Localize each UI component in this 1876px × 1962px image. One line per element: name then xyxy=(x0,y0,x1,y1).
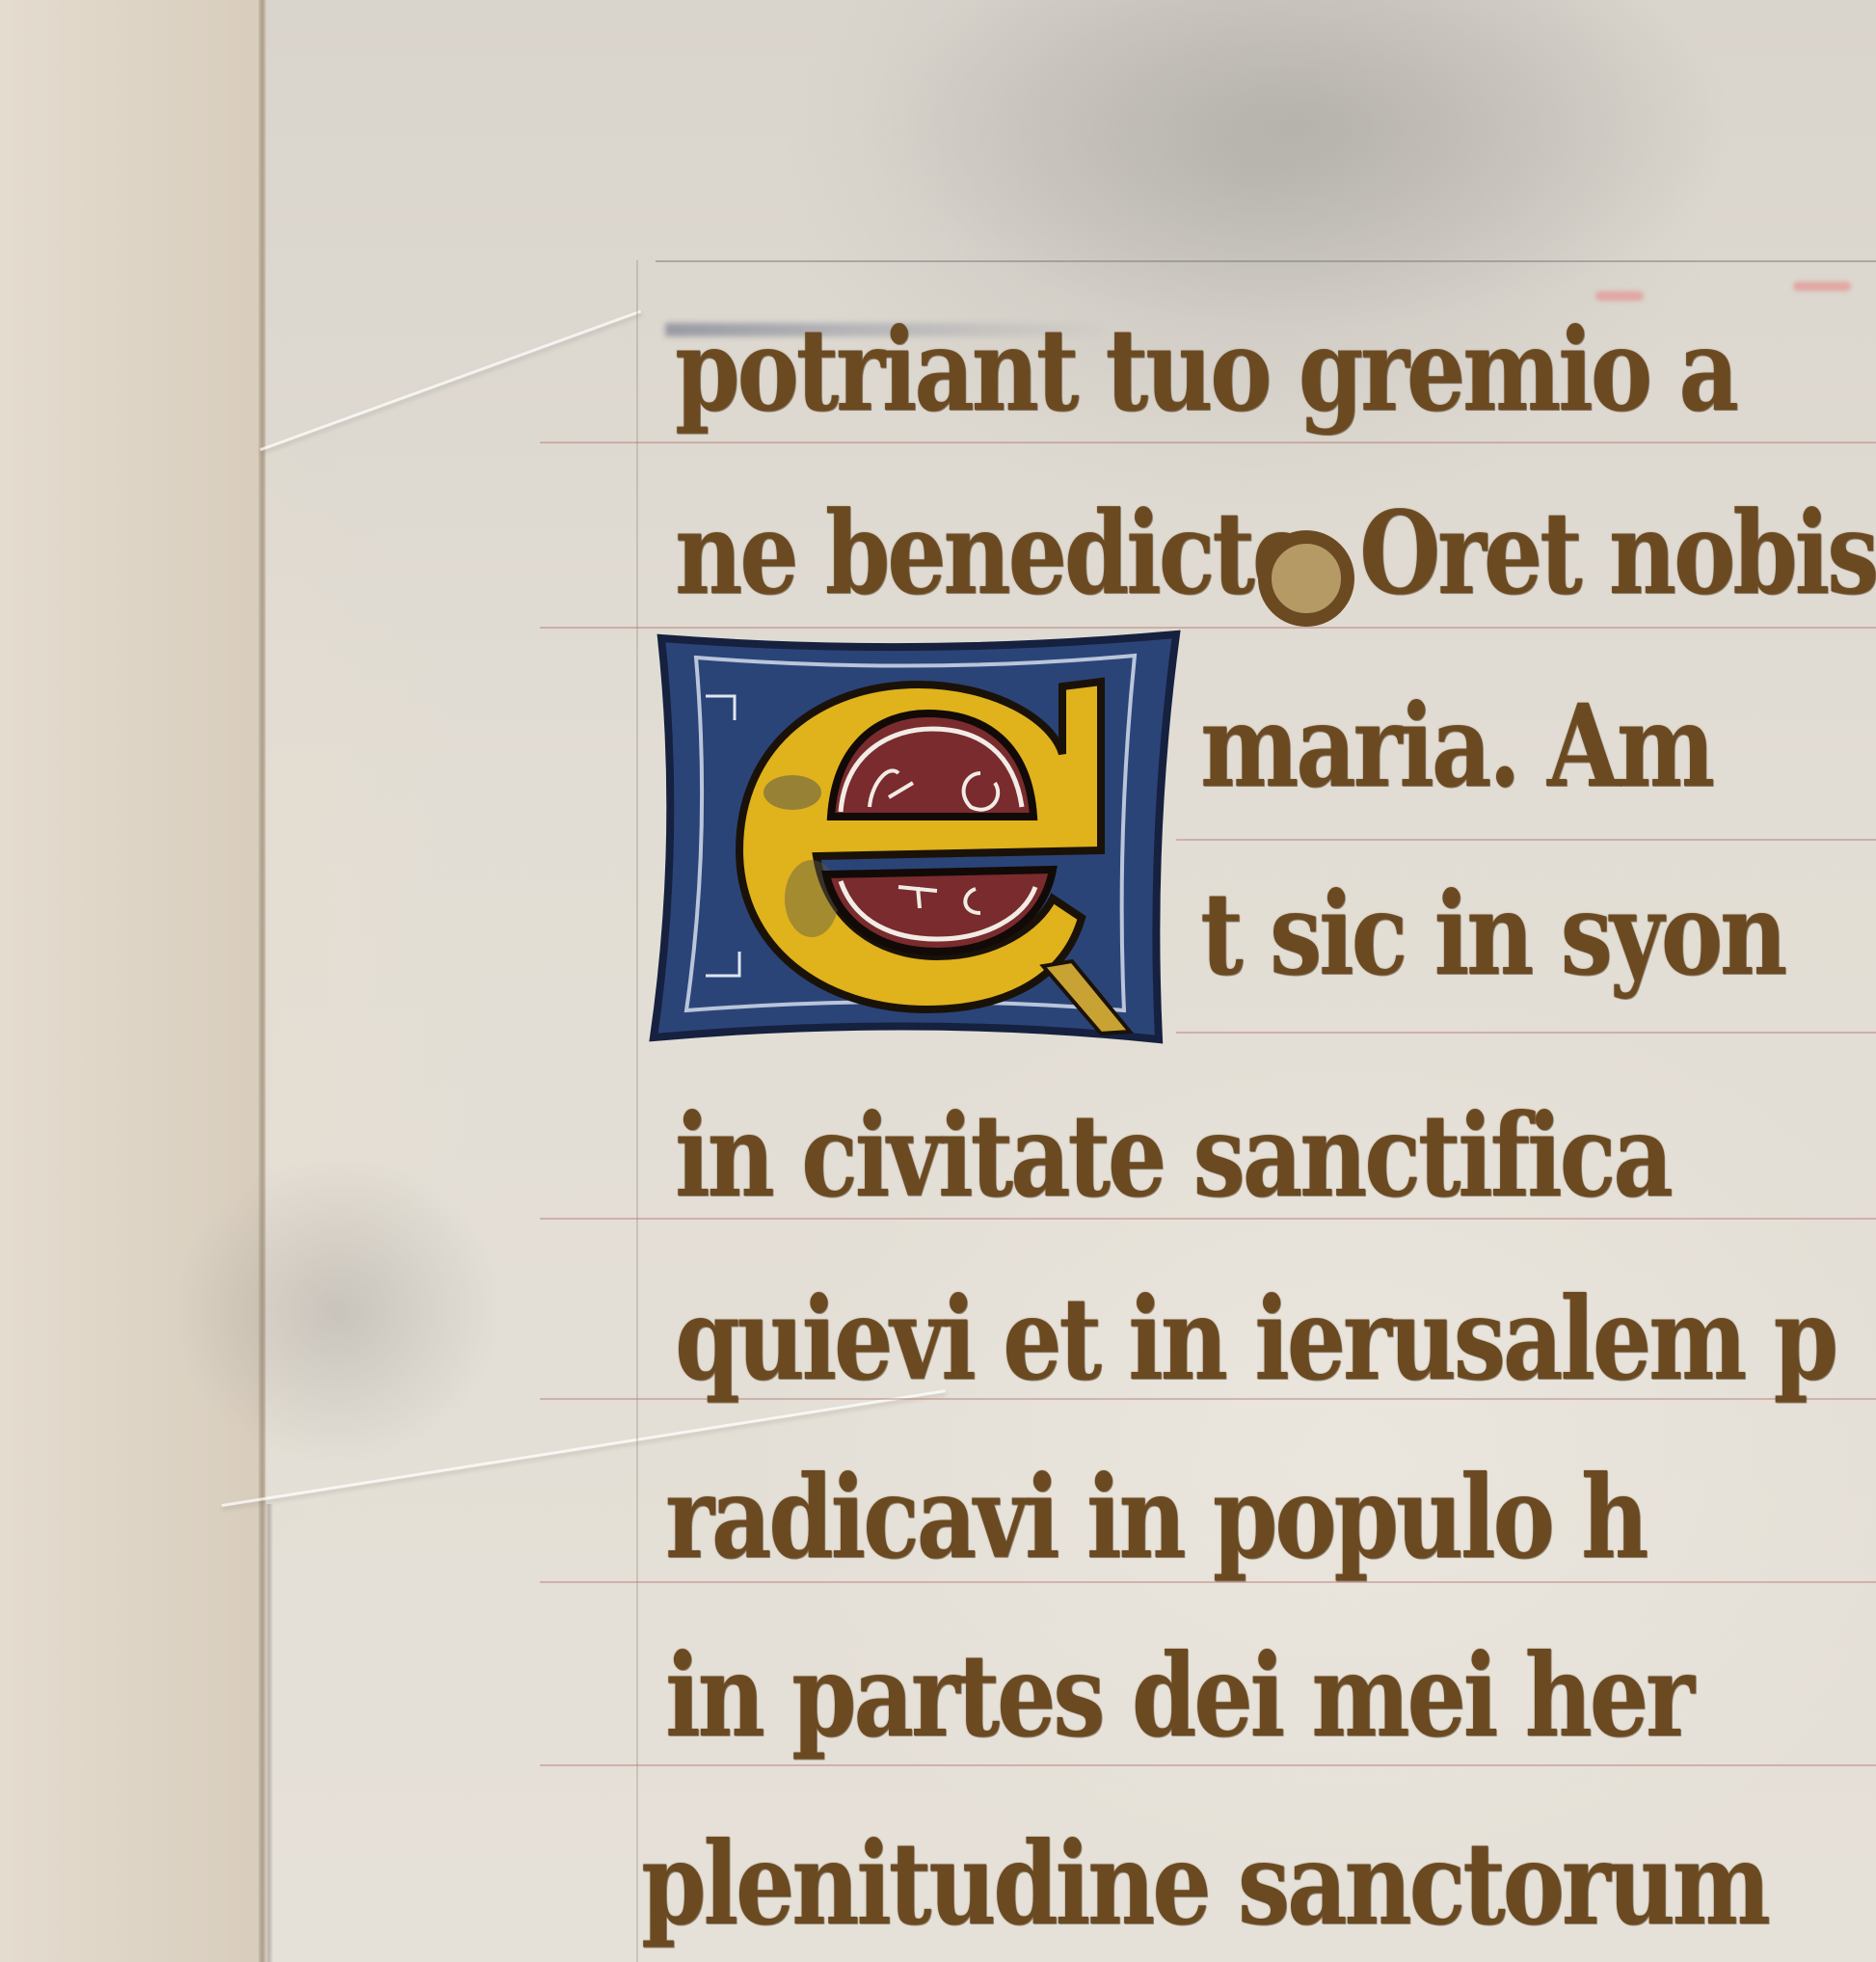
initial-e-icon xyxy=(648,629,1186,1045)
rubric-bleed xyxy=(1595,291,1644,301)
manuscript-line-8: in partes dei mei her xyxy=(665,1639,1692,1753)
manuscript-line-4: t sic in syon xyxy=(1200,877,1784,991)
manuscript-line-2b: Oret nobis p xyxy=(1359,497,1876,610)
manuscript-line-3: maria. Am xyxy=(1200,689,1712,803)
manuscript-line-7: radicavi in populo h xyxy=(665,1461,1646,1574)
gutter-fold-lower xyxy=(265,1504,273,1962)
text-block-left-rule xyxy=(636,260,638,1962)
rubric-bleed xyxy=(1793,282,1851,291)
manuscript-line-9: plenitudine sanctorum xyxy=(641,1827,1768,1941)
ruling-line xyxy=(540,1764,1876,1766)
ruling-line xyxy=(540,442,1876,443)
left-margin-strip xyxy=(0,0,265,1962)
manuscript-line-2: ne benedicte. xyxy=(675,497,1337,610)
manuscript-line-5: in civitate sanctifica xyxy=(675,1099,1671,1213)
ruling-line xyxy=(1176,1032,1876,1034)
manuscript-line-6: quievi et in ierusalem p xyxy=(675,1282,1836,1396)
illuminated-initial-e xyxy=(648,629,1186,1045)
top-ruling xyxy=(656,260,1876,262)
ruling-line xyxy=(1176,839,1876,841)
rubricated-initial-o xyxy=(1258,530,1354,627)
manuscript-line-1: potriant tuo gremio a xyxy=(675,313,1736,427)
stain-left xyxy=(174,1157,501,1465)
